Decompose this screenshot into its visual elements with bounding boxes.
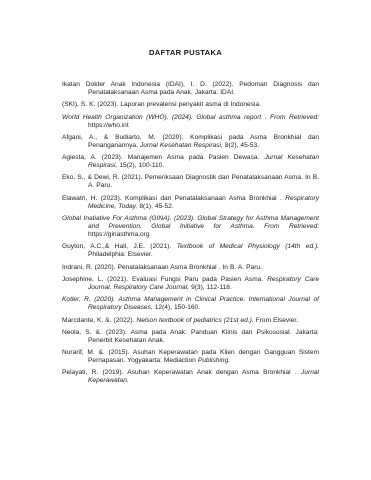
reference-segment: 15(2), 100-110. [117,162,164,169]
reference-segment: (SKI), S. K. (2023). Laporan prevalensi … [62,101,261,108]
reference-entry: Marcdante, K. &. (2022). Nelson textbook… [62,317,319,325]
reference-segment: Nurarif, M. &. (2015). Asuhan Keperawata… [62,349,319,364]
reference-segment: 8(2), 45-53. [223,142,259,149]
reference-entry: Afgani, A., & Budiarto, M. (2020). Kompl… [62,134,319,150]
reference-segment: 12(4), 150-160. [153,304,200,311]
reference-entry: World Health Organization (WHO). (2024).… [62,114,319,130]
reference-entry: Eko, S., & Dewi, R. (2021). Pemeriksaan … [62,174,319,190]
reference-segment-italic: Jurnal Kesehatan Respirasi, [140,142,223,149]
reference-segment-italic: Nelson textbook of pediatrics (21st ed.)… [136,317,253,324]
reference-entry: Agiesta, A. (2023). Manajemen Asma pada … [62,154,319,170]
reference-entry: Josephine, L. (2021). Evaluasi Fungsi Pa… [62,276,319,292]
reference-entry: Global Inatiative For Asthma (GINA). (20… [62,215,319,239]
reference-segment: Josephine, L. (2021). Evaluasi Fungsi Pa… [62,276,267,283]
reference-entry: Pelayati, R. (2019). Asuhan Keperawatan … [62,369,319,385]
reference-entry: Kotler, R. (2020). Asthma Management in … [62,296,319,312]
reference-entry: Elawatri, H. (2023). Komplikasi dan Pena… [62,195,319,211]
reference-entry: Indrani, R. (2020). Penatalaksanaan Asma… [62,264,319,272]
reference-segment-italic: Publishing. [198,357,230,364]
reference-segment: 8(1), 45-52. [137,203,173,210]
reference-segment: Eko, S., & Dewi, R. (2021). Pemeriksaan … [62,174,319,189]
reference-entry: (SKI), S. K. (2023). Laporan prevalensi … [62,101,319,109]
page-title: DAFTAR PUSTAKA [0,0,371,57]
reference-segment: Pelayati, R. (2019). Asuhan Keperawatan … [62,369,301,376]
reference-segment: Agiesta, A. (2023). Manajemen Asma pada … [62,154,264,161]
reference-segment: 9(3), 112-118. [189,284,232,291]
reference-entry: Nurarif, M. &. (2015). Asuhan Keperawata… [62,349,319,365]
reference-segment: Guyton, A.C.,& Hall, J.E. (2021). [62,243,177,250]
reference-segment: Philadelphia: Elsevier. [88,251,153,258]
reference-segment-italic: World Health Organization (WHO). (2024).… [62,114,319,121]
reference-segment: https://who.int [88,122,129,129]
reference-segment: From Elsevier. [254,317,298,324]
reference-segment: Neola, S. &. (2023). Asma pada Anak: Pan… [62,329,319,344]
reference-segment: Ikatan Dokter Anak Indonesia (IDAI), I. … [62,81,319,96]
reference-segment: Indrani, R. (2020). Penatalaksanaan Asma… [62,264,262,271]
reference-segment-italic: Global Inatiative For Asthma (GINA). (20… [62,215,319,230]
reference-entry: Guyton, A.C.,& Hall, J.E. (2021). Textbo… [62,243,319,259]
reference-segment-italic: Textbook of Medical Physiology (14th ed.… [177,243,319,250]
reference-segment: https://ginasthma.org [88,231,150,238]
reference-entry: Neola, S. &. (2023). Asma pada Anak: Pan… [62,329,319,345]
reference-list: Ikatan Dokter Anak Indonesia (IDAI), I. … [62,81,319,385]
document-page: DAFTAR PUSTAKA Ikatan Dokter Anak Indone… [0,0,371,480]
reference-segment: Elawatri, H. (2023). Komplikasi dan Pena… [62,195,285,202]
reference-segment: Marcdante, K. &. (2022). [62,317,136,324]
reference-entry: Ikatan Dokter Anak Indonesia (IDAI), I. … [62,81,319,97]
